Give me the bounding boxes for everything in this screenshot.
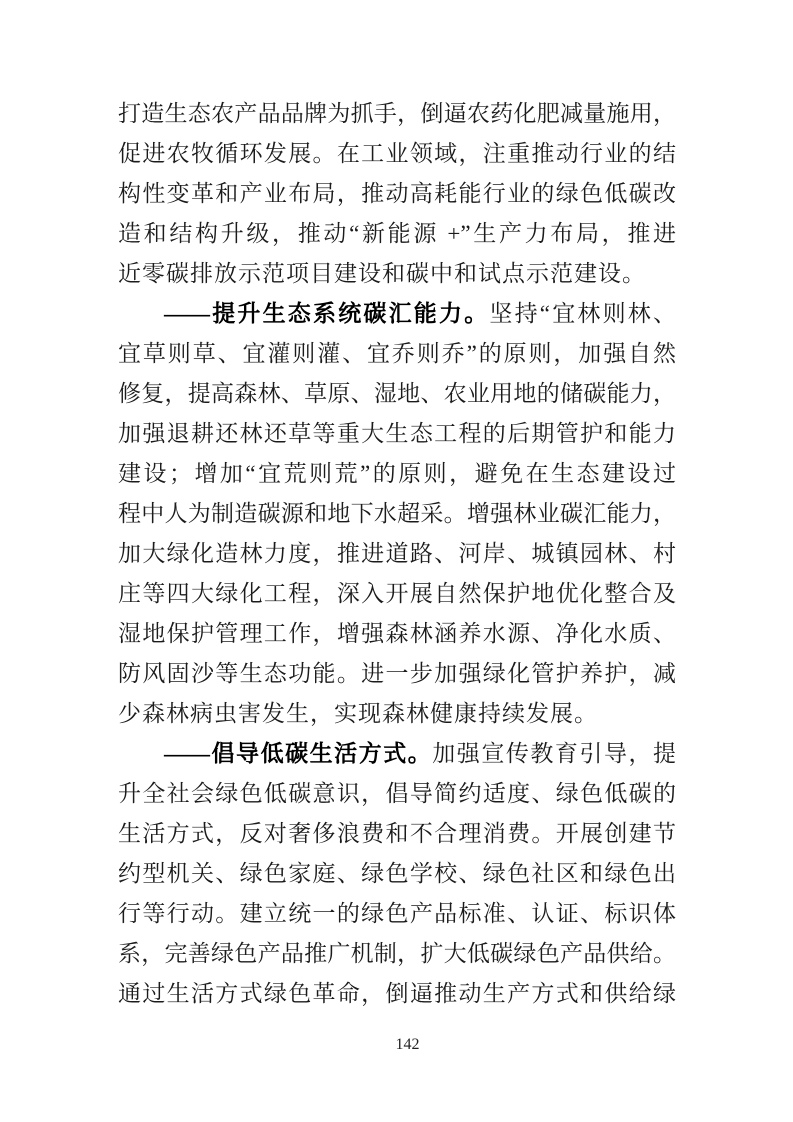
text-line: 构性变革和产业布局，推动高耗能行业的绿色低碳改 (118, 174, 676, 214)
line-text: 近零碳排放示范项目建设和碳中和试点示范建设。 (118, 261, 646, 286)
line-text: 程中人为制造碳源和地下水超采。增强林业碳汇能力， (118, 501, 676, 526)
text-line: 修复，提高森林、草原、湿地、农业用地的储碳能力， (118, 374, 676, 414)
line-text: 少森林病虫害发生，实现森林健康持续发展。 (118, 701, 598, 726)
text-block: 打造生态农产品品牌为抓手，倒逼农药化肥减量施用，促进农牧循环发展。在工业领域，注… (118, 94, 676, 1014)
line-text: 湿地保护管理工作，增强森林涵养水源、净化水质、 (118, 621, 676, 646)
line-text: 促进农牧循环发展。在工业领域，注重推动行业的结 (118, 141, 676, 166)
text-line: 升全社会绿色低碳意识，倡导简约适度、绿色低碳的 (118, 774, 676, 814)
text-line: 湿地保护管理工作，增强森林涵养水源、净化水质、 (118, 614, 676, 654)
document-page: 打造生态农产品品牌为抓手，倒逼农药化肥减量施用，促进农牧循环发展。在工业领域，注… (0, 0, 793, 1122)
text-line: 系，完善绿色产品推广机制，扩大低碳绿色产品供给。 (118, 934, 676, 974)
line-text: 加强宣传教育引导，提 (432, 741, 676, 766)
text-line: 加大绿化造林力度，推进道路、河岸、城镇园林、村 (118, 534, 676, 574)
line-text: 宜草则草、宜灌则灌、宜乔则乔”的原则，加强自然 (118, 341, 676, 366)
line-text: 建设；增加“宜荒则荒”的原则，避免在生态建设过 (118, 461, 676, 486)
text-line: 宜草则草、宜灌则灌、宜乔则乔”的原则，加强自然 (118, 334, 676, 374)
text-line: 防风固沙等生态功能。进一步加强绿化管护养护，减 (118, 654, 676, 694)
line-text: 打造生态农产品品牌为抓手，倒逼农药化肥减量施用， (118, 101, 676, 126)
line-text: 行等行动。建立统一的绿色产品标准、认证、标识体 (118, 901, 676, 926)
text-line: 通过生活方式绿色革命，倒逼推动生产方式和供给绿 (118, 974, 676, 1014)
paragraph-lead: ——倡导低碳生活方式。 (164, 741, 432, 766)
text-line: 促进农牧循环发展。在工业领域，注重推动行业的结 (118, 134, 676, 174)
text-line: 加强退耕还林还草等重大生态工程的后期管护和能力 (118, 414, 676, 454)
text-line: 打造生态农产品品牌为抓手，倒逼农药化肥减量施用， (118, 94, 676, 134)
text-line: ——提升生态系统碳汇能力。坚持“宜林则林、 (118, 294, 676, 334)
text-line: 程中人为制造碳源和地下水超采。增强林业碳汇能力， (118, 494, 676, 534)
line-text: 造和结构升级，推动“新能源 +”生产力布局，推进 (118, 221, 676, 246)
line-text: 加强退耕还林还草等重大生态工程的后期管护和能力 (118, 421, 676, 446)
text-line: 建设；增加“宜荒则荒”的原则，避免在生态建设过 (118, 454, 676, 494)
line-text: 坚持“宜林则林、 (489, 301, 676, 326)
text-line: 少森林病虫害发生，实现森林健康持续发展。 (118, 694, 676, 734)
line-text: 升全社会绿色低碳意识，倡导简约适度、绿色低碳的 (118, 781, 676, 806)
text-line: 庄等四大绿化工程，深入开展自然保护地优化整合及 (118, 574, 676, 614)
paragraph-lead: ——提升生态系统碳汇能力。 (164, 301, 489, 326)
text-line: 近零碳排放示范项目建设和碳中和试点示范建设。 (118, 254, 676, 294)
line-text: 构性变革和产业布局，推动高耗能行业的绿色低碳改 (118, 181, 676, 206)
line-text: 约型机关、绿色家庭、绿色学校、绿色社区和绿色出 (118, 861, 676, 886)
line-text: 通过生活方式绿色革命，倒逼推动生产方式和供给绿 (118, 981, 676, 1006)
text-line: 约型机关、绿色家庭、绿色学校、绿色社区和绿色出 (118, 854, 676, 894)
line-text: 防风固沙等生态功能。进一步加强绿化管护养护，减 (118, 661, 676, 686)
line-text: 修复，提高森林、草原、湿地、农业用地的储碳能力， (118, 381, 676, 406)
line-text: 庄等四大绿化工程，深入开展自然保护地优化整合及 (118, 581, 676, 606)
line-text: 加大绿化造林力度，推进道路、河岸、城镇园林、村 (118, 541, 676, 566)
line-text: 系，完善绿色产品推广机制，扩大低碳绿色产品供给。 (118, 941, 676, 966)
text-line: ——倡导低碳生活方式。加强宣传教育引导，提 (118, 734, 676, 774)
text-line: 行等行动。建立统一的绿色产品标准、认证、标识体 (118, 894, 676, 934)
line-text: 生活方式，反对奢侈浪费和不合理消费。开展创建节 (118, 821, 676, 846)
text-line: 造和结构升级，推动“新能源 +”生产力布局，推进 (118, 214, 676, 254)
page-number: 142 (0, 1034, 793, 1056)
text-line: 生活方式，反对奢侈浪费和不合理消费。开展创建节 (118, 814, 676, 854)
